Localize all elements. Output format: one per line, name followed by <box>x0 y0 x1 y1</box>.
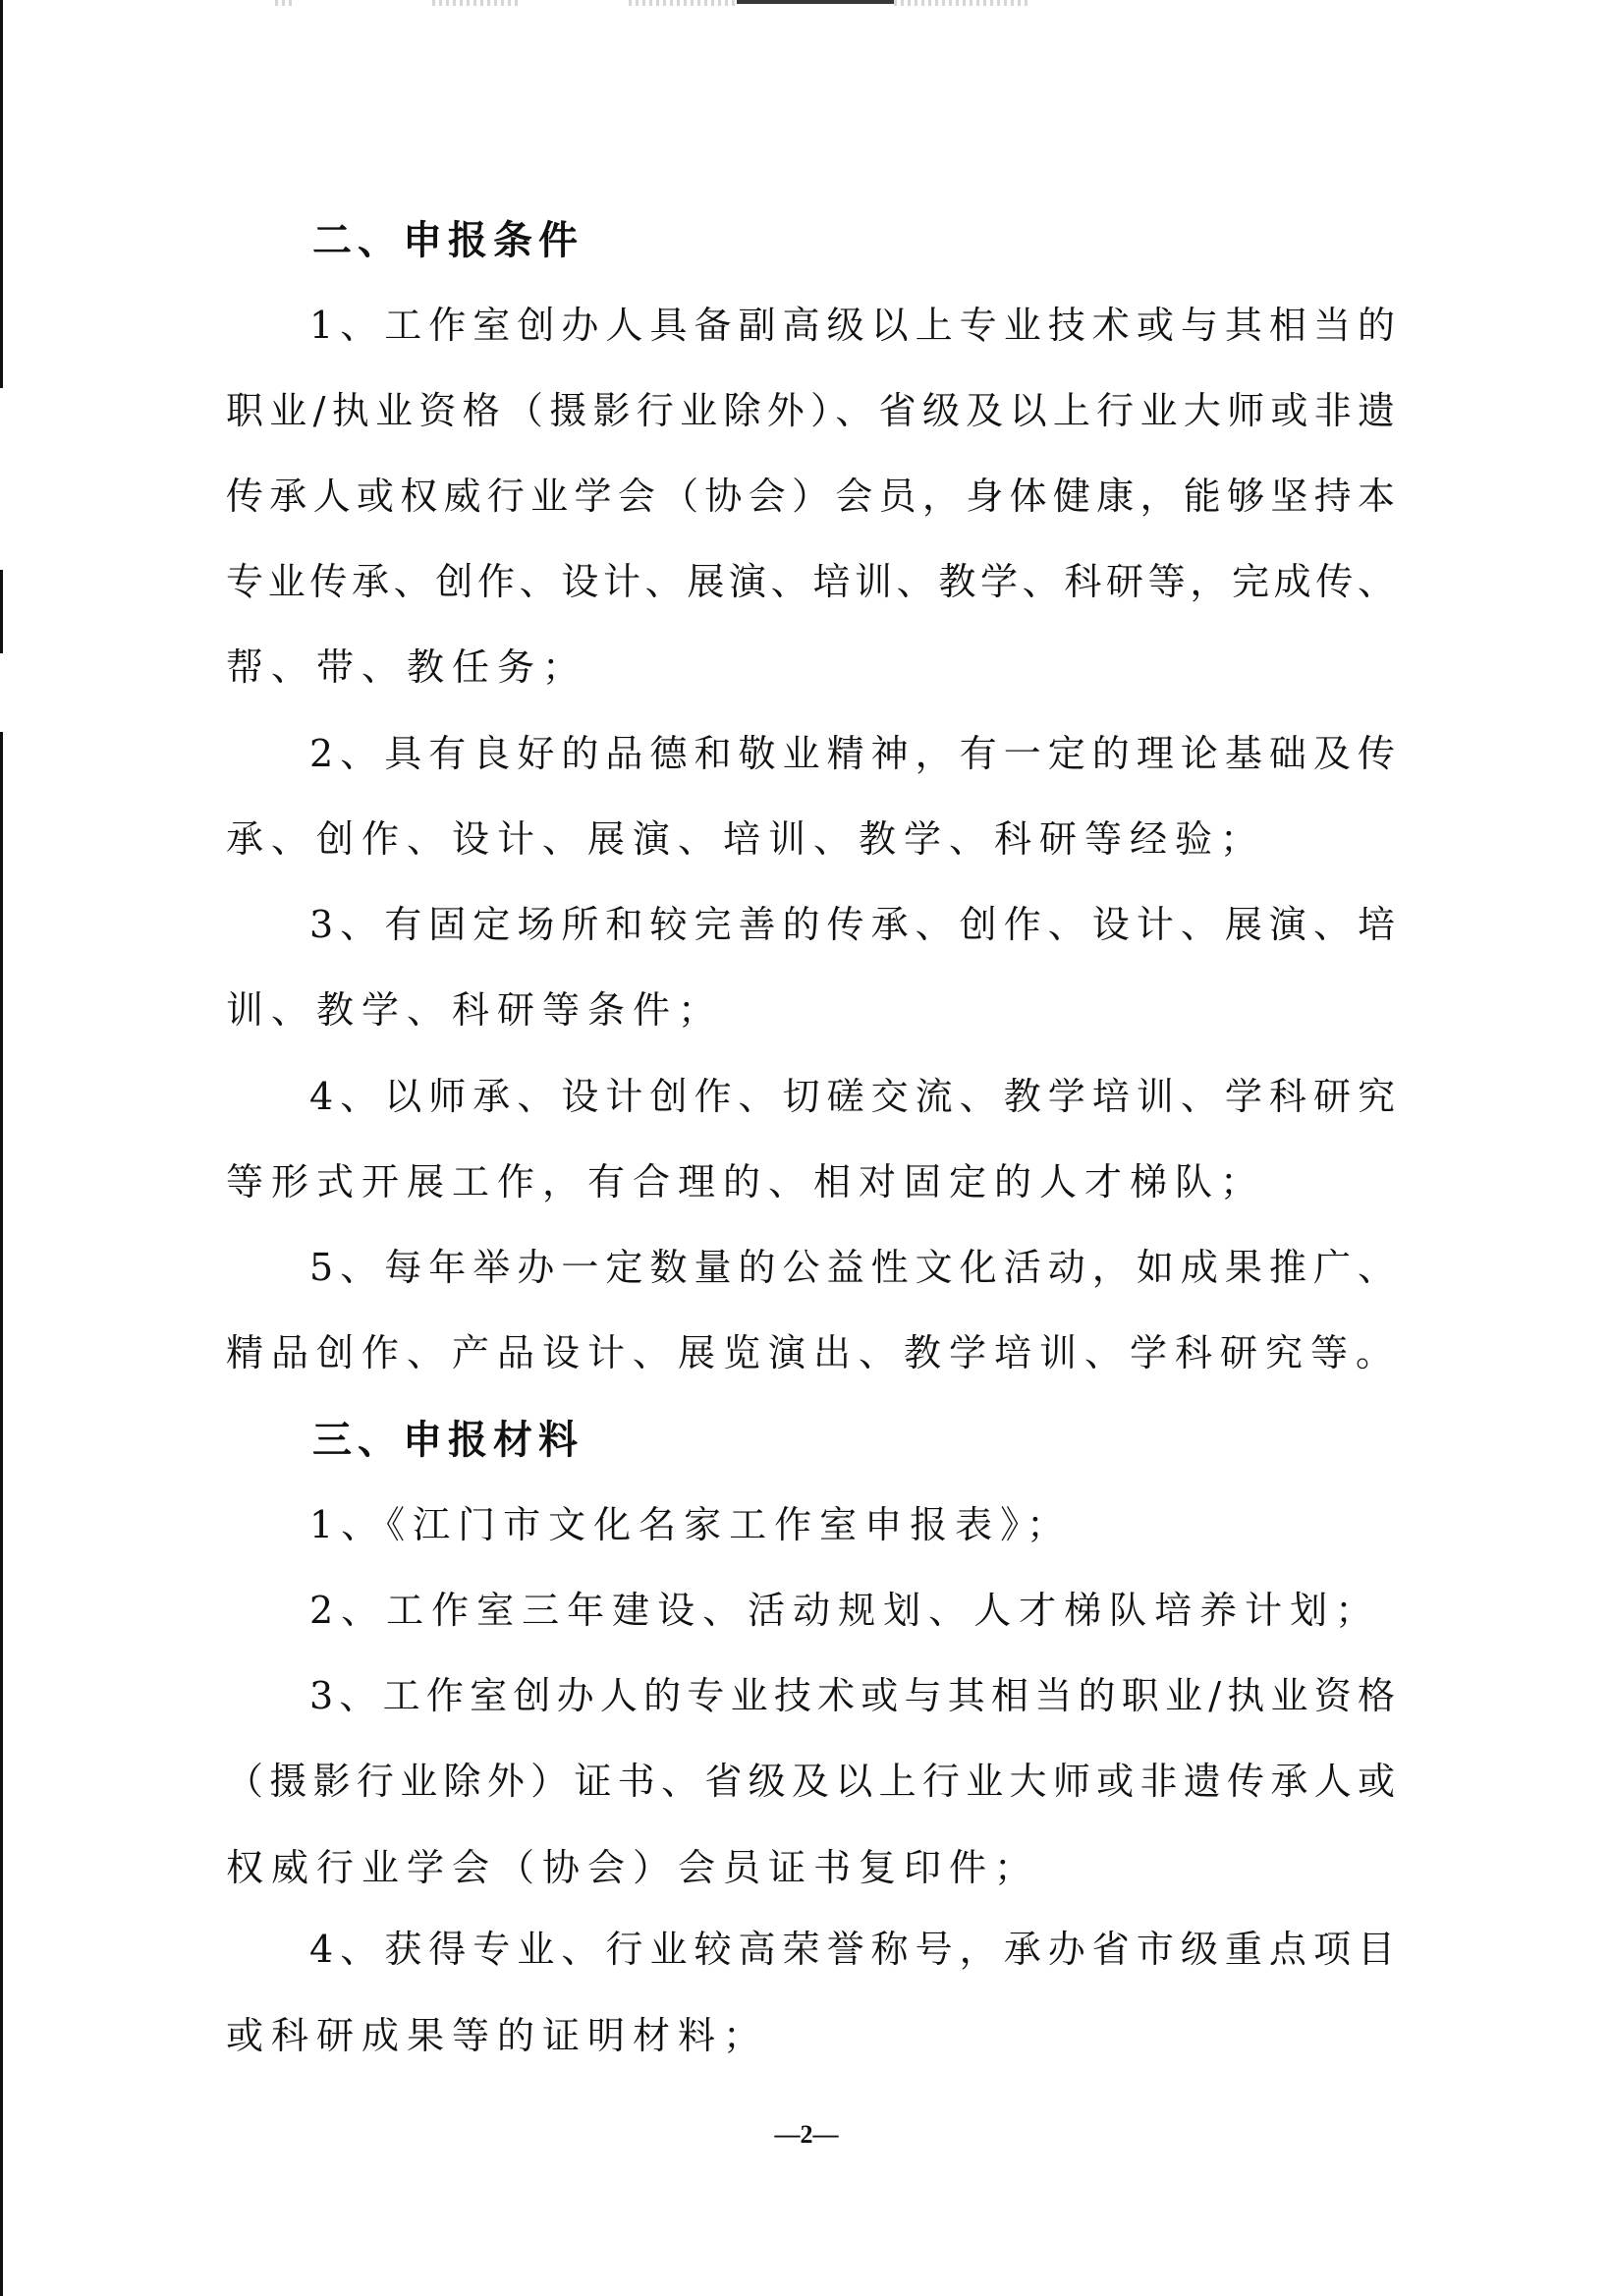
paragraph-line: 3、有固定场所和较完善的传承、创作、设计、展演、培 <box>309 903 1395 946</box>
paragraph-line: 或科研成果等的证明材料； <box>226 2014 1395 2057</box>
scan-residue <box>894 0 1031 6</box>
paragraph-line: 4、以师承、设计创作、切磋交流、教学培训、学科研究 <box>309 1075 1395 1118</box>
scan-residue <box>629 0 737 6</box>
scan-edge-line <box>0 0 3 388</box>
scan-residue <box>432 0 521 6</box>
paragraph-line: 2、工作室三年建设、活动规划、人才梯队培养计划； <box>309 1589 1395 1632</box>
paragraph-line: 训、教学、科研等条件； <box>226 988 1395 1032</box>
paragraph-line: 精品创作、产品设计、展览演出、教学培训、学科研究等。 <box>226 1331 1395 1374</box>
paragraph-line: 帮、带、教任务； <box>226 645 1395 689</box>
paragraph-line: 承、创作、设计、展演、培训、教学、科研等经验； <box>226 817 1395 861</box>
paragraph-line: 1、工作室创办人具备副高级以上专业技术或与其相当的 <box>309 304 1395 347</box>
scan-edge-line <box>0 732 3 2296</box>
section-heading-conditions: 二、申报条件 <box>312 218 583 263</box>
paragraph-line: 5、每年举办一定数量的公益性文化活动，如成果推广、 <box>309 1246 1395 1289</box>
paragraph-line: 职业/执业资格（摄影行业除外）、省级及以上行业大师或非遗 <box>226 389 1395 432</box>
paragraph-line: 3、工作室创办人的专业技术或与其相当的职业/执业资格 <box>309 1674 1395 1717</box>
paragraph-line: 1、《江门市文化名家工作室申报表》； <box>309 1503 1395 1546</box>
paragraph-line: 传承人或权威行业学会（协会）会员，身体健康，能够坚持本 <box>226 475 1395 518</box>
paragraph-line: 权威行业学会（协会）会员证书复印件； <box>226 1846 1395 1889</box>
paragraph-line: 等形式开展工作，有合理的、相对固定的人才梯队； <box>226 1160 1395 1204</box>
paragraph-line: 专业传承、创作、设计、展演、培训、教学、科研等，完成传、 <box>226 560 1395 603</box>
paragraph-line: （摄影行业除外）证书、省级及以上行业大师或非遗传承人或 <box>226 1760 1395 1803</box>
scan-edge-line <box>0 570 3 653</box>
page-number: —2— <box>766 2120 847 2150</box>
section-heading-materials: 三、申报材料 <box>312 1418 583 1463</box>
paragraph-line: 4、获得专业、行业较高荣誉称号，承办省市级重点项目 <box>309 1928 1395 1971</box>
scan-residue <box>275 0 295 6</box>
paragraph-line: 2、具有良好的品德和敬业精神，有一定的理论基础及传 <box>309 732 1395 775</box>
document-page: 二、申报条件 1、工作室创办人具备副高级以上专业技术或与其相当的 职业/执业资格… <box>0 0 1611 2296</box>
scan-residue <box>737 0 894 4</box>
